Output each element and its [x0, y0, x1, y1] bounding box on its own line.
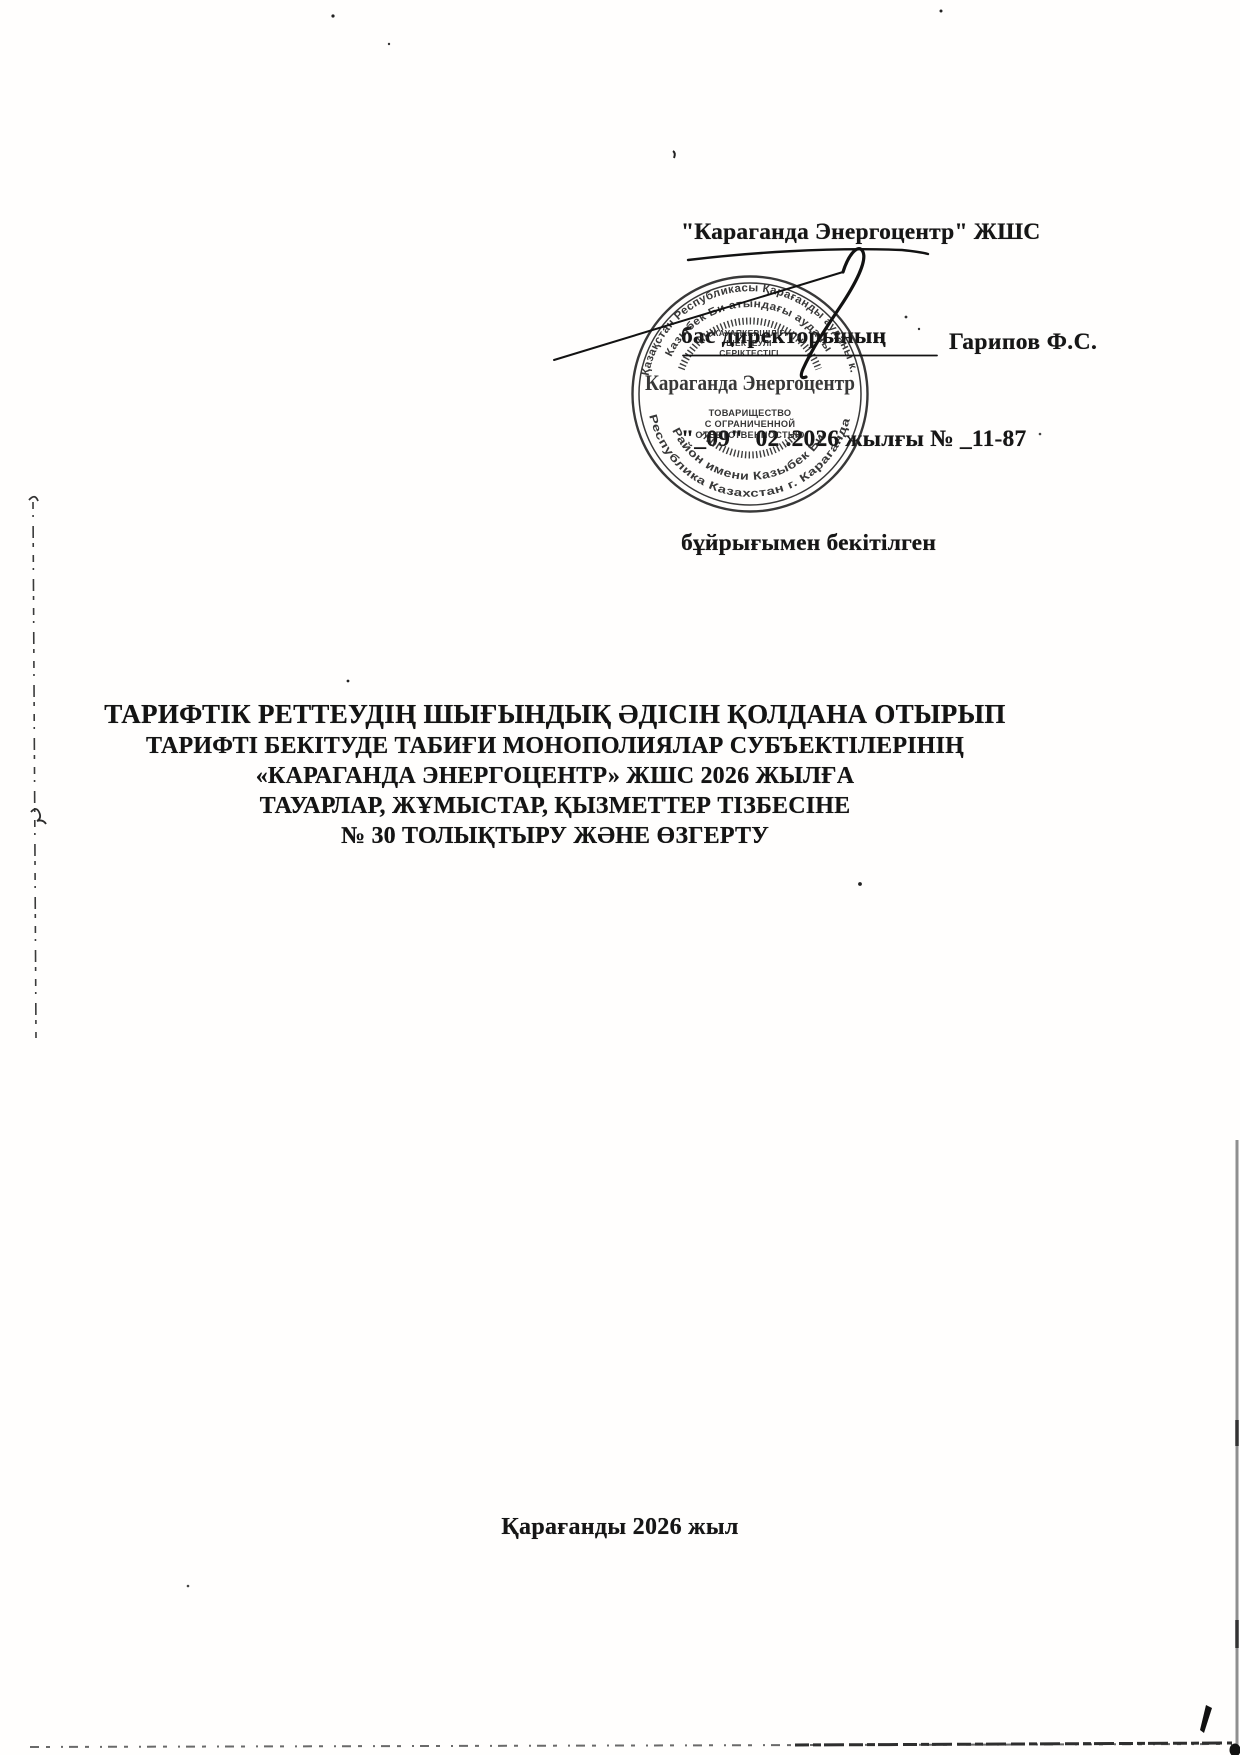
- speck: [388, 43, 390, 45]
- left-margin-squiggle: [31, 809, 46, 824]
- overlay-graphics: Қазақстан Республикасы Қарағанды ауданы …: [0, 0, 1240, 1755]
- approval-line-order-number: "_09" 02 .2026 жылғы № _11-87: [681, 422, 1040, 457]
- speck: [347, 680, 350, 683]
- title-line-1: ТАРИФТІК РЕТТЕУДІҢ ШЫҒЫНДЫҚ ӘДІСІН ҚОЛДА…: [55, 697, 1055, 731]
- bottom-edge-line-dark: [795, 1743, 1232, 1745]
- document-title: ТАРИФТІК РЕТТЕУДІҢ ШЫҒЫНДЫҚ ӘДІСІН ҚОЛДА…: [55, 697, 1055, 851]
- left-margin-crease: [33, 502, 36, 1038]
- scan-artifacts: [29, 10, 1240, 1755]
- left-margin-hook: [29, 497, 38, 501]
- speck: [187, 1585, 190, 1588]
- approval-line-approved: бұйрығымен бекітілген: [681, 526, 1040, 561]
- approval-block: "Караганда Энергоцентр" ЖШС бас директор…: [681, 146, 1040, 629]
- speck: [940, 10, 943, 13]
- title-line-4: ТАУАРЛАР, ЖҰМЫСТАР, ҚЫЗМЕТТЕР ТІЗБЕСІНЕ: [55, 791, 1055, 821]
- title-line-3: «КАРАГАНДА ЭНЕРГОЦЕНТР» ЖШС 2026 ЖЫЛҒА: [55, 761, 1055, 791]
- title-line-2: ТАРИФТІ БЕКІТУДЕ ТАБИҒИ МОНОПОЛИЯЛАР СУБ…: [55, 731, 1055, 761]
- footer-city-year: Қарағанды 2026 жыл: [0, 1514, 1240, 1541]
- approval-line-company: "Караганда Энергоцентр" ЖШС: [681, 215, 1040, 250]
- bottom-edge-line: [30, 1744, 1232, 1747]
- signatory-name: Гарипов Ф.С.: [949, 329, 1097, 356]
- corner-blot: [1230, 1744, 1240, 1755]
- speck: [858, 882, 862, 886]
- title-line-5: № 30 ТОЛЫҚТЫРУ ЖӘНЕ ӨЗГЕРТУ: [55, 821, 1055, 851]
- scanned-document-page: "Караганда Энергоцентр" ЖШС бас директор…: [0, 0, 1240, 1755]
- speck: [331, 14, 334, 17]
- stray-pen-mark: [1200, 1705, 1212, 1733]
- apostrophe-tick: [673, 151, 675, 158]
